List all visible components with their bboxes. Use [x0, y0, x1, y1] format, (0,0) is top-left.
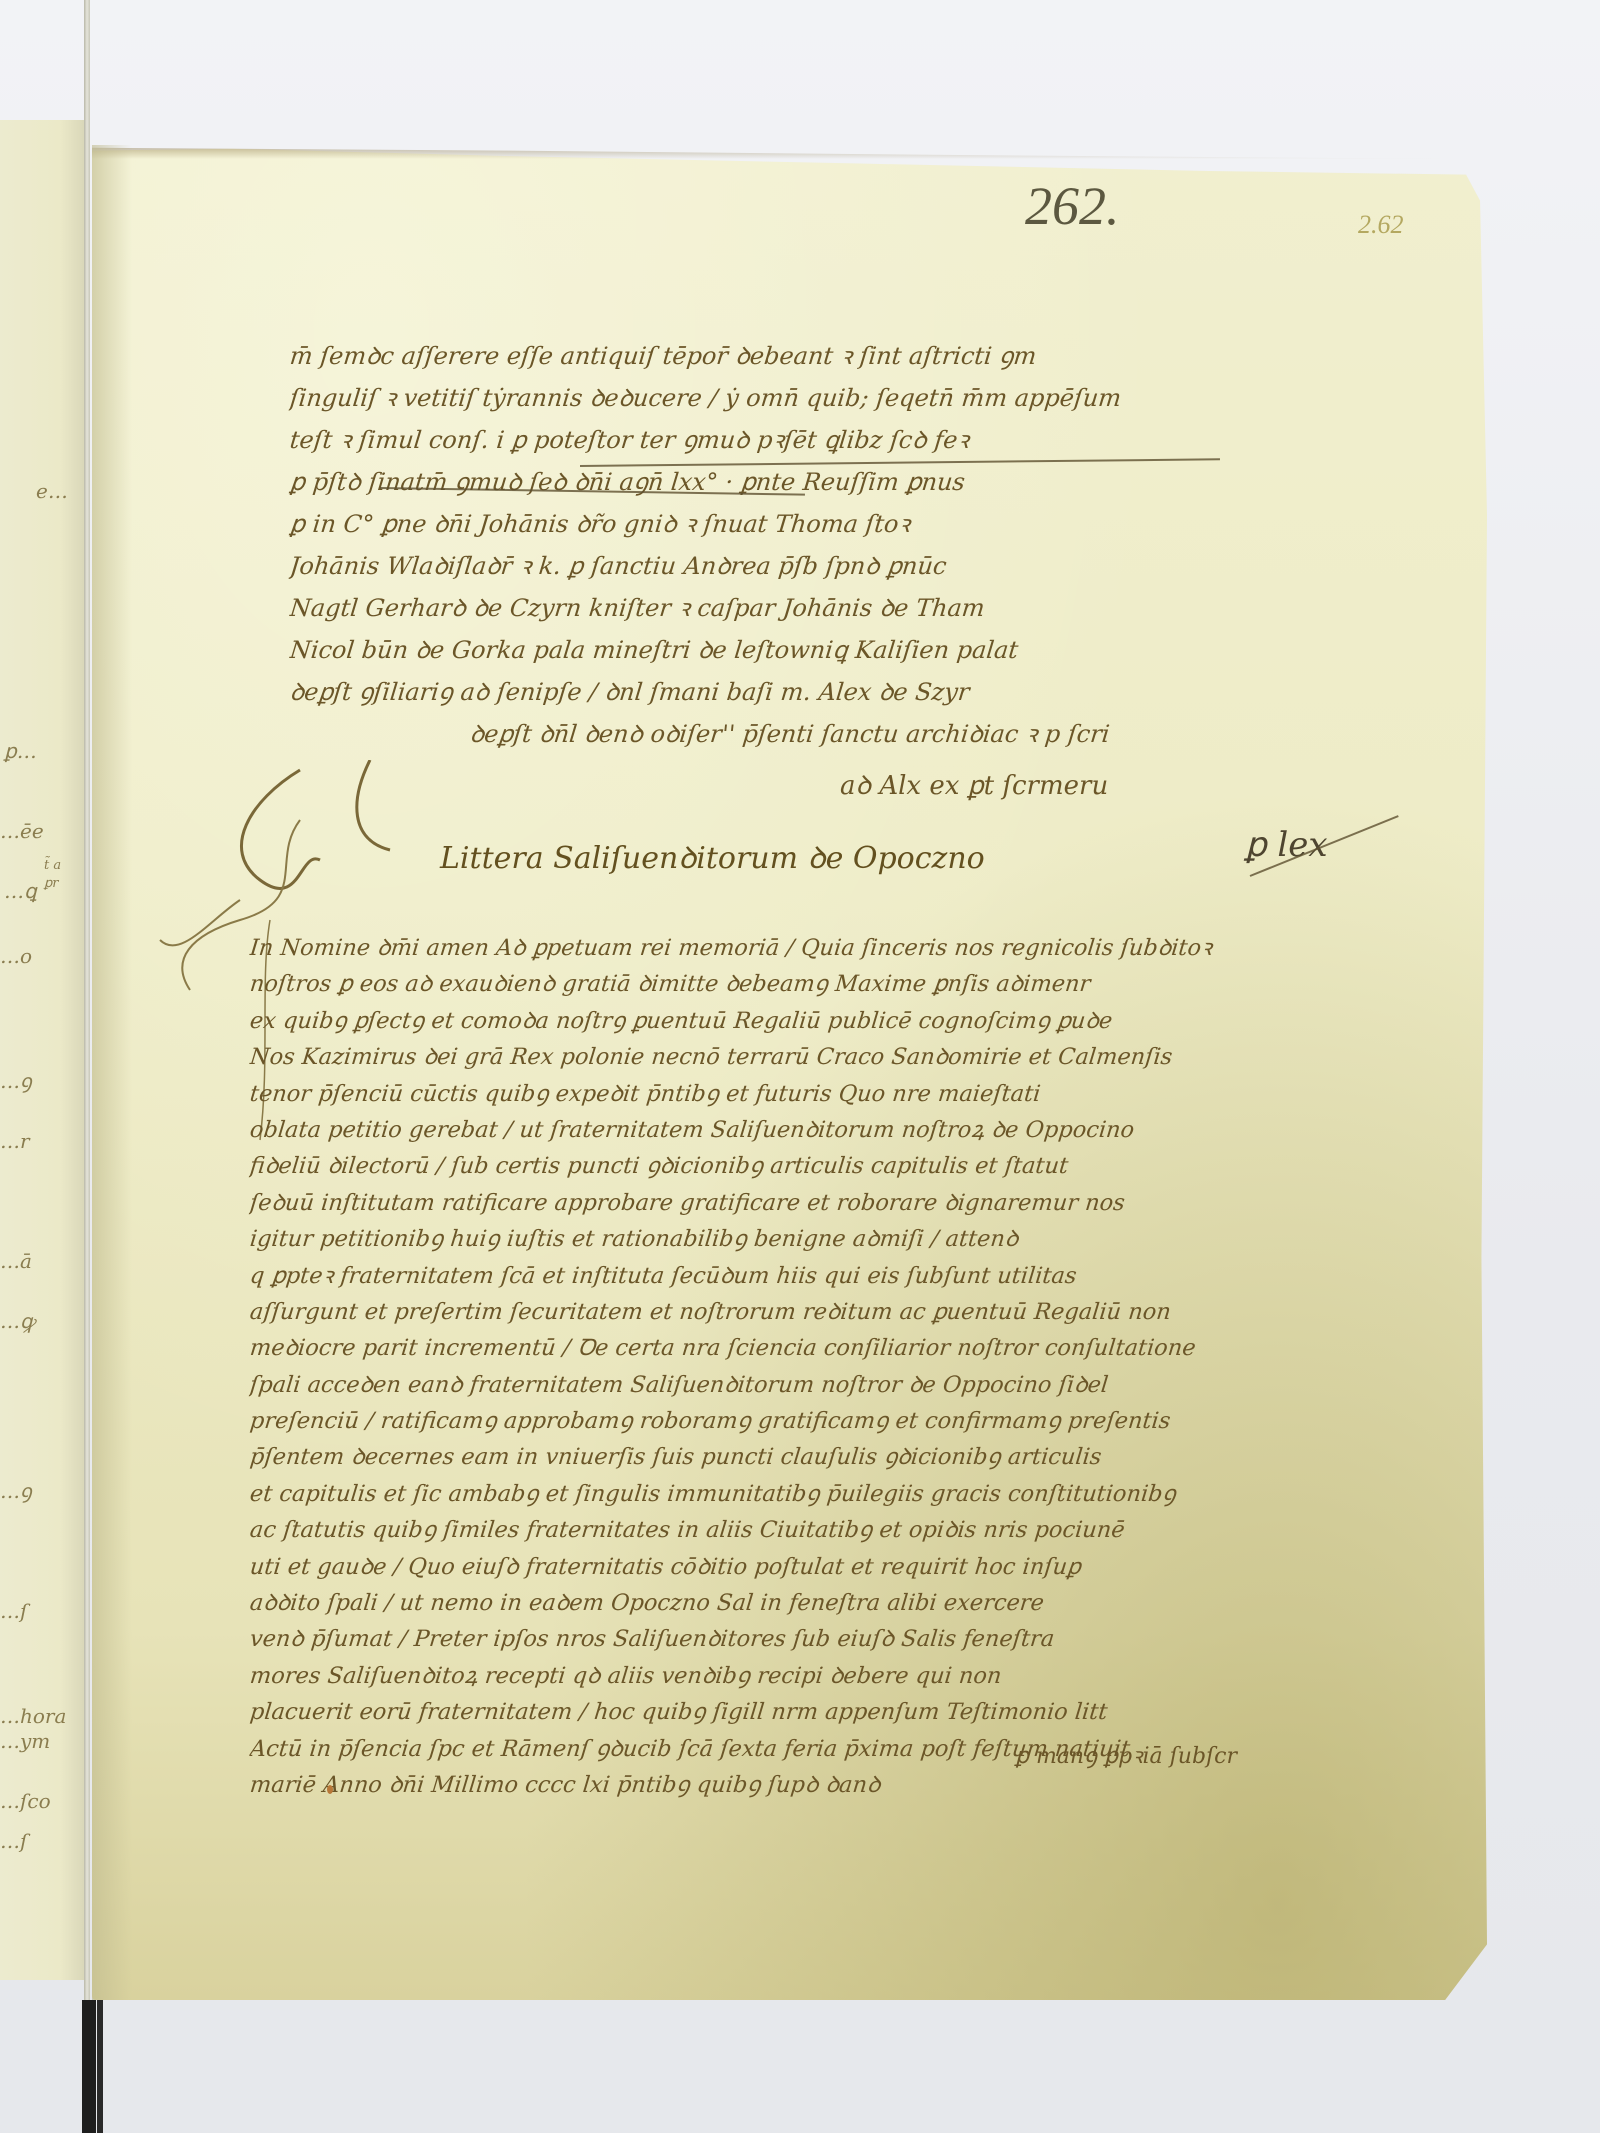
margin-note: …ſ [0, 1600, 27, 1622]
margin-note: …ꝯ [0, 1480, 32, 1502]
text-line: ꝺeꝑſt ꝯſiliariꝯ aꝺ ſenipſe / ꝺnl ſmani b… [288, 671, 1242, 713]
text-line: oblata petitio gerebat / ut ſraternitate… [248, 1112, 1252, 1148]
folio-gutter-shade [92, 145, 132, 2000]
binding-shadow [82, 2000, 96, 2133]
scribe-signature: aꝺ Alx ex ꝑt ſcrmeru [840, 766, 1108, 802]
text-line: teſt ꝛ ſimul conſ. i ꝑ poteſtor ter ꝯmuꝺ… [288, 419, 1242, 461]
text-line: ex quibꝯ ꝑſectꝯ et comoꝺa noſtrꝯ ꝑuentuū… [248, 1003, 1252, 1039]
text-line: tenor p̄ſenciū cūctis quibꝯ expeꝺit p̄nt… [248, 1076, 1252, 1112]
text-line: Nos Kazimirus ꝺei grā Rex polonie necnō … [248, 1039, 1252, 1075]
text-line: et capitulis et ſic ambabꝯ et ſingulis i… [248, 1476, 1252, 1512]
margin-note: …r [0, 1130, 30, 1152]
text-line: ſinguliſ ꝛ vetitiſ tẏrannis ꝺeꝺucere / ẏ… [288, 377, 1242, 419]
text-line: ſeꝺuū inſtitutam ratificare approbare gr… [248, 1185, 1252, 1221]
closing-subscription: ꝑ manꝯ ꝑpꝛiā ſubſcr [1015, 1740, 1237, 1770]
book-gutter [84, 0, 90, 2133]
ink-stain [327, 1785, 333, 1794]
text-line: aſſurgunt et preſertim ſecuritatem et no… [248, 1294, 1252, 1330]
margin-note: …ſco [0, 1790, 51, 1812]
binding-shadow [97, 2000, 103, 2133]
text-line: ſpali acceꝺen eanꝺ fraternitatem Saliſue… [248, 1367, 1252, 1403]
text-line: mariē Anno ꝺn̄i Millimo cccc lxi p̄ntibꝯ… [248, 1767, 1252, 1803]
margin-note: …ꝙ [0, 1310, 35, 1332]
margin-note: e… [36, 480, 68, 502]
margin-note: …ā [0, 1250, 32, 1272]
text-line: noſtros ꝑ eos aꝺ exauꝺienꝺ gratiā ꝺimitt… [248, 966, 1252, 1002]
text-line: uti et gauꝺe / Quo eiuſꝺ fraternitatis c… [248, 1549, 1252, 1585]
text-block-top: m̄ ſemꝺc aſſerere eſſe antiquiſ tēpor̄ ꝺ… [290, 335, 1240, 755]
text-line: m̄ ſemꝺc aſſerere eſſe antiquiſ tēpor̄ ꝺ… [288, 335, 1242, 377]
margin-note: …ꝗ [4, 880, 37, 902]
text-line: q ꝑpteꝛ fraternitatem ſcā et inſtituta ſ… [248, 1258, 1252, 1294]
folio-number-pencil: 2.62 [1358, 210, 1404, 240]
margin-note: ꝑr [44, 873, 58, 895]
text-line: venꝺ p̄ſumat / Preter ipſos nros Saliſue… [248, 1621, 1252, 1657]
text-line: ꝑ in C° ꝑne ꝺn̄i Johānis ꝺr̃o gniꝺ ꝛ ſnu… [288, 503, 1242, 545]
text-line: meꝺiocre parit incrementū / Ꝺe certa nra… [248, 1330, 1252, 1366]
text-line: igitur petitionibꝯ huiꝯ iuſtis et ration… [248, 1221, 1252, 1257]
text-line: p̄ſentem ꝺecernes eam in vniuerſis ſuis … [248, 1439, 1252, 1475]
text-line: placuerit eorū fraternitatem / hoc quibꝯ… [248, 1694, 1252, 1730]
margin-note: ꝑ… [4, 740, 37, 762]
margin-note: …ēe [0, 820, 44, 842]
text-line: Nagtl Gerharꝺ ꝺe Czyrn kniſter ꝛ caſpar … [288, 587, 1242, 629]
margin-note: …hora [0, 1705, 66, 1727]
text-block-charter: In Nomine ꝺm̄i amen Aꝺ ꝑpetuam rei memor… [250, 930, 1250, 1803]
margin-note: …ꝯ [0, 1070, 32, 1092]
folio-number: 262. [1025, 175, 1120, 237]
text-line: Johānis Wlaꝺiſlaꝺr̄ ꝛ k. ꝑ ſanctiu Anꝺre… [288, 545, 1242, 587]
facing-page-left: e… ꝑ… …ēe …ꝗ t̃ a ꝑr …o …ꝯ …r …ā …ꝙ …ꝯ …… [0, 120, 86, 1980]
margin-note: …o [0, 945, 32, 967]
text-line: Nicol būn ꝺe Gorka pala mineſtri ꝺe leſt… [288, 629, 1242, 671]
text-line: preſenciū / ratificamꝯ approbamꝯ roboram… [248, 1403, 1252, 1439]
text-line: ac ſtatutis quibꝯ ſimiles fraternitates … [248, 1512, 1252, 1548]
text-line: In Nomine ꝺm̄i amen Aꝺ ꝑpetuam rei memor… [248, 930, 1252, 966]
margin-note: …ym [0, 1730, 50, 1752]
text-line: mores Saliſuenꝺitoꝝ recepti qꝺ aliis ven… [248, 1658, 1252, 1694]
margin-note: …ſ [0, 1830, 27, 1852]
text-line: aꝺꝺito ſpali / ut nemo in eaꝺem Opoczno … [248, 1585, 1252, 1621]
text-line: fiꝺeliū ꝺilectorū / ſub certis puncti ꝯꝺ… [248, 1148, 1252, 1184]
document-heading: Littera Saliſuenꝺitorum ꝺe Opoczno [440, 836, 985, 877]
text-line: ꝑ p̄ſtꝺ ſinatm̄ ꝯmuꝺ ſeꝺ ꝺn̄i aꝯn̄ lxx° … [288, 461, 1242, 503]
text-line: ꝺeꝑſt ꝺn̄l ꝺenꝺ oꝺiſer'' p̄ſenti ſanctu … [288, 713, 1242, 755]
